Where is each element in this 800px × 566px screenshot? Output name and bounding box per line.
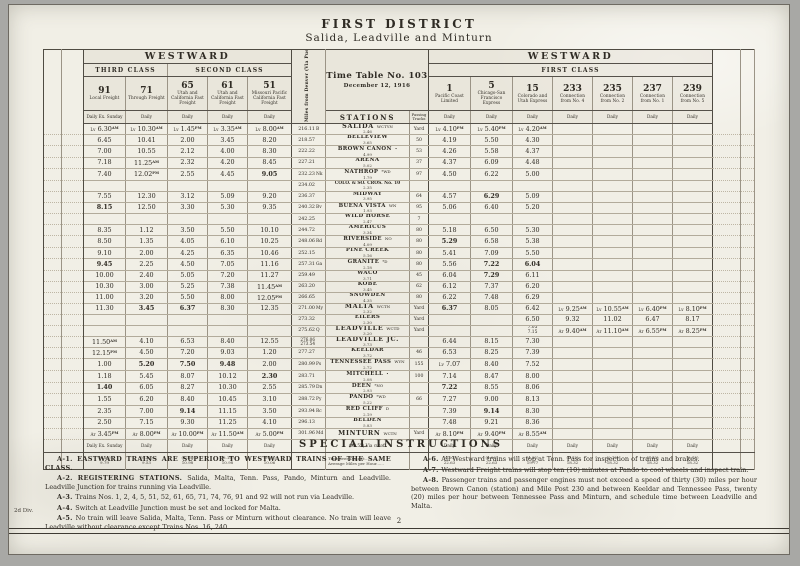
time-value: 4.50 [442,170,456,178]
passing-track-capacity [410,417,429,428]
station-cell: BUENA VISTAWN1.93 [326,202,410,214]
time-value: 8.00 [220,293,234,301]
time-cell: 2.50 [84,417,126,428]
time-text: 6.45 [84,136,125,145]
time-value: 12.50 [137,203,155,211]
am-pm-mark: PM [660,306,667,310]
special-instructions-left-column: A-1. EASTWARD TRAINS ARE SUPERIOR TO WES… [45,455,391,534]
time-cell: 7.09 [471,248,513,259]
special-instruction-item: A-8. Passenger trains and passenger engi… [411,476,757,510]
train-name: Through Freight [126,96,167,101]
time-value: 3.50 [180,226,194,234]
special-instruction-item: A-1. EASTWARD TRAINS ARE SUPERIOR TO WES… [45,455,391,472]
time-cell [553,248,593,259]
margin-cell [44,135,62,146]
station-row: 11.50AM4.106.538.4012.55276.06273.54LEAD… [44,336,755,347]
am-pm-mark: PM [700,328,707,332]
time-text: 6.37 [168,304,207,313]
time-cell: 8.30 [248,146,292,158]
time-cell: 7.30 [513,336,553,347]
time-text: 9.35 [248,203,291,212]
time-value: 8.15 [484,337,498,345]
time-cell: 3.30 [168,202,208,214]
passing-track-capacity: Yard [410,303,429,314]
time-value: 8.06 [525,383,539,391]
time-cell [593,225,633,236]
time-cell: 4.25 [168,248,208,259]
time-cell: 6.12 [429,281,471,292]
time-cell: 4.50 [168,259,208,271]
time-cell: 11.02 [593,314,633,325]
milepost-cell: 285.79Dn [292,382,326,394]
time-cell: Ar 3.45PM [84,428,126,439]
margin-cell [713,259,741,271]
time-text: 6.29 [513,293,552,302]
station-row: 10.303.005.257.3811.45AM263.20KOBE3.4562… [44,281,755,292]
left-margin-column [44,50,62,124]
time-cell: 6.42 [513,303,553,314]
instruction-number: A-5. [57,514,76,522]
time-cell: 7.15 [126,417,168,428]
time-value: 11.00 [95,293,113,301]
time-text: 6.11 [513,271,552,280]
time-text: 11.16 [248,260,291,269]
time-cell [553,347,593,358]
time-text: 5.06 [429,203,470,212]
time-value: 5.05 [180,271,194,279]
station-cell: BELDEN5.83 [326,417,410,428]
time-cell: 11.25 [208,417,248,428]
time-cell [633,168,673,180]
leave-arrive-mark: Ar [639,329,644,334]
train-col-header-91: 91Local Freight [84,77,126,111]
station-row: 11.003.205.508.0012.05PM266.65SNOWDEN4.3… [44,292,755,303]
time-text: 9.32 [553,315,592,324]
station-row: 1.005.207.509.482.00280.99PsTENNESSEE PA… [44,358,755,370]
time-text: 6.10 [208,237,247,246]
time-text: 6.29 [471,192,512,201]
time-cell: 4.30 [513,135,553,146]
time-text: 4.50 [429,170,470,179]
time-cell [593,428,633,439]
time-value: 8.36 [525,418,539,426]
time-cell [673,168,713,180]
time-value: 5.50 [525,249,539,257]
time-cell: 6.53 [168,336,208,347]
time-text: 6.20 [126,395,167,404]
instruction-lead: EASTWARD TRAINS ARE SUPERIOR TO WESTWARD… [45,455,391,472]
milepost-cell: 276.06273.54 [292,336,326,347]
time-cell: 7.057.15 [513,325,553,336]
am-pm-mark: PM [195,126,202,130]
leave-arrive-mark: Lv [518,127,523,132]
time-value: 6.10 [220,237,234,245]
time-cell: 6.50 [513,314,553,325]
time-text: 1.55 [84,395,125,404]
time-cell: 5.20 [513,202,553,214]
time-cell [84,180,126,191]
am-pm-mark: PM [499,126,506,130]
time-value: 8.45 [262,158,276,166]
time-cell: Lv 6.40PM [633,303,673,314]
time-value: 3.45 [139,304,155,312]
margin-cell [62,157,84,168]
time-text: Lv 6.40PM [633,304,672,314]
milepost-cell: 252.15 [292,248,326,259]
margin-cell [741,428,755,439]
station-facilities-code: *WD [381,169,390,175]
time-cell: 6.09 [471,157,513,168]
time-value: 5.58 [484,147,498,155]
time-cell: 4.57 [429,191,471,202]
station-facilities-code: WYN [394,359,404,365]
time-text: 5.20 [513,203,552,212]
station-row: 8.351.123.505.5010.10244.72AMERICUS3.348… [44,225,755,236]
time-cell [248,180,292,191]
distance-to-next-station: 5.16 [326,254,409,258]
time-text: 5.18 [429,226,470,235]
time-value: 7.29 [484,271,500,279]
time-value: 12.30 [137,192,155,200]
milepost-value: 252.15 [298,251,315,256]
timetable-date: December 12, 1916 [326,83,428,89]
time-value: 3.12 [180,192,194,200]
time-value: 8.30 [262,147,276,155]
time-cell: 4.00 [208,146,248,158]
margin-cell [713,281,741,292]
time-text: 5.09 [208,192,247,201]
time-value: 4.50 [139,348,153,356]
leave-arrive-mark: Ar [256,432,261,437]
station-facilities-code: • [386,371,388,377]
time-value: 9.14 [484,407,500,415]
time-cell: 3.20 [126,292,168,303]
time-value: 5.29 [442,237,458,245]
time-cell [248,214,292,225]
time-cell: 7.20 [168,347,208,358]
time-value: 9.20 [262,192,276,200]
station-cell: TENNESSEE PASSWYN2.72 [326,358,410,370]
time-text: 9.00 [471,395,512,404]
time-cell: 9.48 [208,358,248,370]
station-cell: GRANITE*D2.18 [326,259,410,271]
time-cell: 8.40 [168,394,208,406]
time-value: 6.37 [442,304,458,312]
time-cell [126,214,168,225]
time-text: 12.02PM [126,169,167,179]
time-cell: Ar 6.55PM [633,325,673,336]
time-cell: 6.37 [429,303,471,314]
train-frequency: Daily [168,111,208,124]
station-cell: SNOWDEN4.35 [326,292,410,303]
time-value: 8.35 [97,226,111,234]
time-text: 4.26 [429,147,470,156]
passing-track-capacity: 50 [410,135,429,146]
time-cell: 7.29 [471,270,513,281]
time-value: 8.40 [220,337,234,345]
time-cell: 5.50 [168,292,208,303]
time-cell: 10.10 [248,225,292,236]
time-cell: Ar 8.25PM [673,325,713,336]
time-cell [553,191,593,202]
time-text: 12.50 [126,203,167,212]
train-col-header-237: 237Connection from No. 1 [633,77,673,111]
time-text: 10.10 [248,226,291,235]
margin-cell [62,225,84,236]
time-value: 9.21 [484,418,498,426]
time-value: 7.18 [97,158,111,166]
margin-cell [62,135,84,146]
time-cell: 2.30 [248,370,292,382]
time-cell [553,146,593,158]
time-text: 6.22 [429,293,470,302]
time-text: 10.45 [208,395,247,404]
time-text: 7.37 [471,282,512,291]
time-cell: 10.12 [208,370,248,382]
time-cell [553,124,593,135]
time-value: 5.38 [525,237,539,245]
time-cell: 3.50 [248,406,292,418]
time-cell: 7.14 [429,370,471,382]
time-value: 2.25 [139,260,153,268]
time-cell: 10.30 [84,281,126,292]
time-cell: 8.27 [168,382,208,394]
time-cell [593,191,633,202]
station-cell: WACO3.71 [326,270,410,281]
time-cell [633,146,673,158]
special-instructions-heading: SPECIAL INSTRUCTIONS [45,439,757,450]
station-row: 9.102.004.256.3510.46252.15PINE CREEK5.1… [44,248,755,259]
time-text: 6.53 [429,348,470,357]
time-cell: 7.38 [208,281,248,292]
time-cell [553,382,593,394]
station-row: 234.02COLO. & SO. CROS. No. 102.35 [44,180,755,191]
time-cell: 6.11 [513,270,553,281]
milepost-value: 280.99 [298,362,315,367]
time-cell: 5.30 [513,225,553,236]
first-class-label: FIRST CLASS [429,64,713,77]
time-text: 8.20 [248,136,291,145]
time-cell [673,225,713,236]
time-cell [633,347,673,358]
time-cell: 9.14 [471,406,513,418]
time-text: 5.05 [168,271,207,280]
time-cell: 11.50AM [84,336,126,347]
margin-cell [44,180,62,191]
margin-cell [62,394,84,406]
am-pm-mark: AM [235,126,242,130]
passing-track-capacity: 155 [410,358,429,370]
telegraph-call: Ga [316,262,325,267]
time-cell: 7.20 [208,270,248,281]
time-cell: 11.27 [248,270,292,281]
time-cell: 6.29 [471,191,513,202]
margin-cell [44,168,62,180]
time-cell: 2.32 [168,157,208,168]
time-cell [553,336,593,347]
time-cell: 7.50 [168,358,208,370]
time-cell: 5.29 [429,236,471,248]
telegraph-call: B [316,127,325,132]
am-pm-mark: PM [275,295,282,299]
instruction-number: A-8. [423,476,442,484]
time-text: 11.25 [208,418,247,427]
leave-arrive-mark: Ar [518,432,523,437]
time-cell: 7.22 [471,259,513,271]
left-margin-column [62,50,84,124]
time-cell [673,124,713,135]
margin-cell [713,157,741,168]
instruction-text: Passenger trains and passenger engines m… [411,476,757,510]
time-cell [471,314,513,325]
train-frequency: Daily [429,111,471,124]
time-value: 2.00 [139,249,153,257]
time-value: 8.13 [525,395,539,403]
distance-to-next-station: 2.72 [326,366,409,370]
time-cell: 8.35 [84,225,126,236]
time-cell: 6.04 [513,259,553,271]
time-value: 8.25 [686,327,700,335]
district-subtitle: Salida, Leadville and Minturn [9,32,789,44]
am-pm-mark: AM [237,431,244,435]
time-text: 3.50 [168,226,207,235]
time-cell: Lv 7.07 [429,358,471,370]
time-text: 9.21 [471,418,512,427]
distance-to-next-station: 2.30 [326,321,409,325]
milepost-cell: 236.37 [292,191,326,202]
time-text: 8.27 [168,383,207,392]
time-cell: 6.47 [633,314,673,325]
time-cell: 3.45 [208,135,248,146]
time-cell: 6.37 [168,303,208,314]
time-value: 4.45 [220,170,234,178]
leave-arrive-mark: Lv [173,127,178,132]
time-text: 8.30 [208,304,247,313]
time-value: 6.50 [525,315,539,323]
passing-track-capacity: 95 [410,202,429,214]
margin-cell [741,202,755,214]
time-cell: 2.12 [168,146,208,158]
time-text: Lv 3.35AM [208,124,247,134]
time-cell [673,180,713,191]
time-text: 4.57 [429,192,470,201]
time-text: 5.50 [168,293,207,302]
time-cell: 1.20 [248,347,292,358]
margin-cell [741,292,755,303]
time-text: 7.20 [208,271,247,280]
time-cell: 6.44 [429,336,471,347]
margin-cell [44,358,62,370]
station-row: 2.507.159.3011.254.10296.13BELDEN5.837.4… [44,417,755,428]
time-text: 8.45 [248,158,291,167]
time-cell: Ar 11.10AM [593,325,633,336]
time-text: 7.52 [513,360,552,369]
time-cell [553,270,593,281]
time-text: 12.30 [126,192,167,201]
time-text: 8.40 [471,360,512,369]
time-cell: 8.40 [471,358,513,370]
time-cell [553,428,593,439]
time-cell [673,135,713,146]
time-cell: 4.37 [513,146,553,158]
time-value: 6.58 [484,237,498,245]
time-cell: 2.55 [168,168,208,180]
time-value: 5.41 [442,249,456,257]
time-cell [633,202,673,214]
time-text: 8.50 [84,237,125,246]
station-row: 7.0010.552.124.008.30222.22BROWN CANON•4… [44,146,755,158]
milepost-cell: 275.62Q [292,325,326,336]
time-cell: 2.00 [168,135,208,146]
time-cell [126,180,168,191]
time-text: 4.20 [208,158,247,167]
time-cell: 10.41 [126,135,168,146]
station-row: 7.1811.25AM2.324.208.45227.21ARENA5.0237… [44,157,755,168]
time-cell [673,347,713,358]
time-value: 3.35 [221,125,235,133]
margin-cell [741,248,755,259]
time-cell: 5.38 [513,236,553,248]
margin-cell [44,406,62,418]
train-col-header-71: 71Through Freight [126,77,168,111]
time-cell: 4.05 [168,236,208,248]
time-cell [553,259,593,271]
time-text: 4.19 [429,136,470,145]
time-text: 2.00 [168,136,207,145]
time-value: 7.52 [525,360,539,368]
milepost-cell: 266.65 [292,292,326,303]
time-value: 7.39 [525,348,539,356]
leave-arrive-mark: Ar [133,432,138,437]
time-value: 2.32 [180,158,194,166]
station-row: 1.185.458.0710.122.30283.71MITCHELL•2.08… [44,370,755,382]
time-cell [168,214,208,225]
time-value: 2.30 [262,372,278,380]
time-cell: 7.37 [471,281,513,292]
time-value: 7.38 [220,282,234,290]
time-cell [84,325,126,336]
milepost-cell: 280.99Ps [292,358,326,370]
time-cell: 6.20 [513,281,553,292]
time-value: 7.37 [484,282,498,290]
time-text: 7.05 [208,260,247,269]
am-pm-mark: AM [110,339,117,343]
margin-cell [44,325,62,336]
time-text: 10.30 [208,383,247,392]
time-cell: 9.45 [84,259,126,271]
time-text: 8.05 [471,304,512,313]
time-cell: 8.05 [471,303,513,314]
margin-cell [44,124,62,135]
time-value: 1.20 [262,348,276,356]
time-cell: 4.20 [208,157,248,168]
margin-cell [741,225,755,236]
time-text: 2.12 [168,147,207,156]
milepost-cell: 273.32 [292,314,326,325]
milepost-value: 234.02 [298,183,315,188]
margin-cell [62,191,84,202]
time-text: Lv 8.10PM [673,304,712,314]
time-text: 11.45AM [248,282,291,292]
time-value: 6.20 [525,282,539,290]
time-value: 4.20 [526,125,540,133]
margin-cell [713,180,741,191]
train-name: Utah and California Fast Freight [168,91,207,105]
train-name: Connection from No. 2 [593,94,632,104]
station-row: 7.4012.02PM2.554.459.05232.23NkNATHROP*W… [44,168,755,180]
am-pm-mark: AM [622,328,629,332]
time-text: Ar 3.45PM [84,429,125,439]
